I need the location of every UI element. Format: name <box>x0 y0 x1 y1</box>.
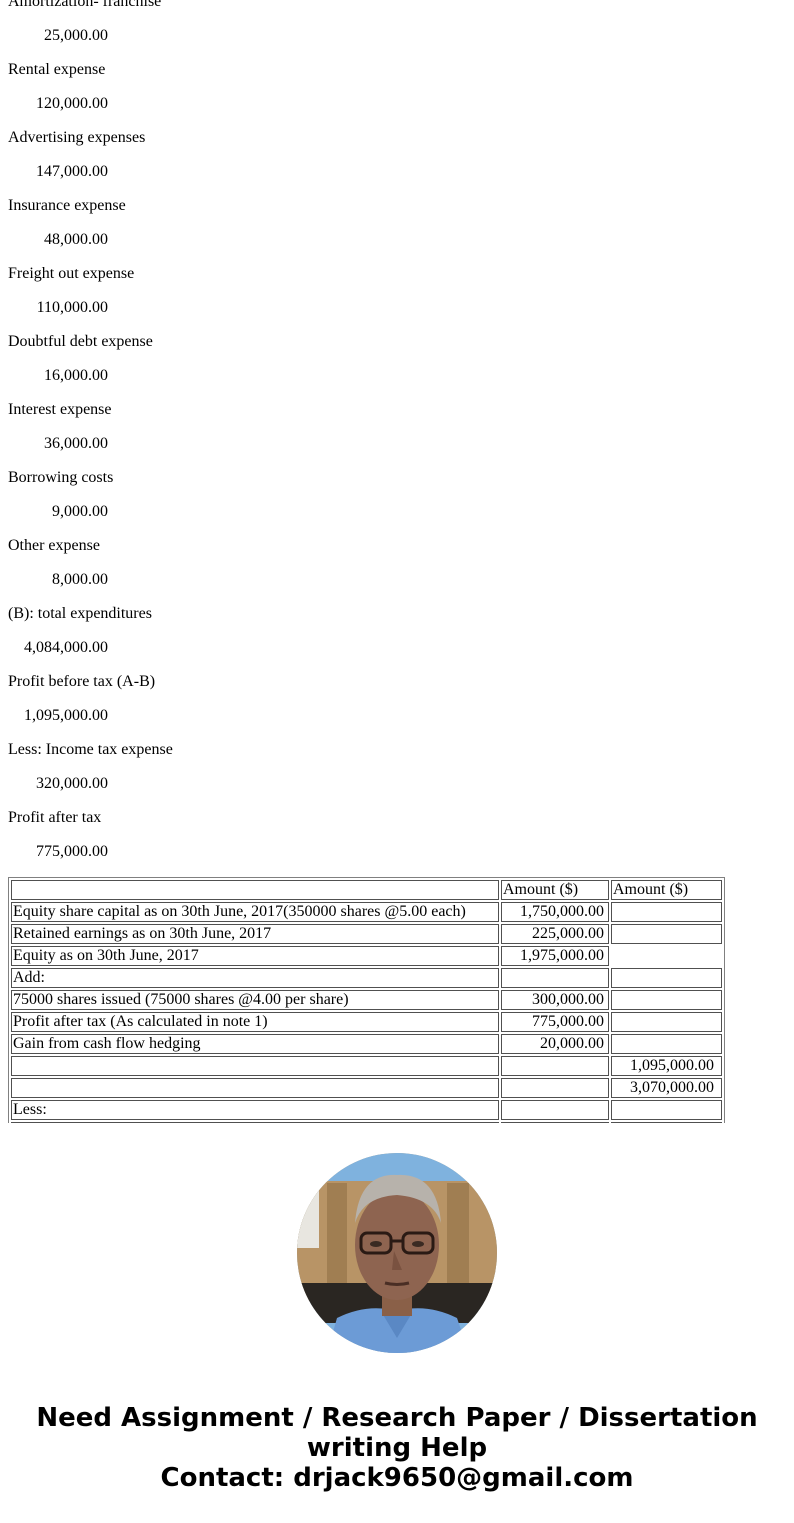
table-cell-amount: 3,070,000.00 <box>611 1078 722 1098</box>
table-cell-amount: 20,000.00 <box>501 1034 609 1054</box>
promo-line-2: writing Help <box>0 1433 794 1463</box>
table-cell-description: Add: <box>11 968 499 988</box>
table-cell-amount: 300,000.00 <box>501 990 609 1010</box>
table-cell-description: 75000 shares issued (75000 shares @4.00 … <box>11 990 499 1010</box>
table-cell-description: Retained earnings as on 30th June, 2017 <box>11 924 499 944</box>
table-cell-amount <box>501 1056 609 1076</box>
table-cell-description: Less: <box>11 1100 499 1120</box>
table-cell-amount <box>611 1034 722 1054</box>
table-cell-amount: 775,000.00 <box>501 1012 609 1032</box>
table-cell-description <box>11 1078 499 1098</box>
table-cell-description: Gain from cash flow hedging <box>11 1034 499 1054</box>
table-row: Equity as on 30th June, 20171,975,000.00 <box>11 946 722 966</box>
table-cell-amount <box>501 1100 609 1120</box>
table-cell-amount <box>501 1122 609 1123</box>
table-row: 3,070,000.00 <box>11 1078 722 1098</box>
table-cell-amount: 225,000.00 <box>501 924 609 944</box>
table-cell-amount <box>611 990 722 1010</box>
table-header-cell: Amount ($) <box>611 880 722 900</box>
table-row <box>11 1122 722 1123</box>
table-header-cell <box>11 880 499 900</box>
table-row: 1,095,000.00 <box>11 1056 722 1076</box>
table-cell-amount <box>611 946 722 966</box>
table-header-row: Amount ($) Amount ($) <box>11 880 722 900</box>
table-cell-description <box>11 1056 499 1076</box>
table-cell-amount: 1,750,000.00 <box>501 902 609 922</box>
table-row: Add: <box>11 968 722 988</box>
table-cell-amount <box>611 924 722 944</box>
table-cell-amount <box>611 902 722 922</box>
table-row: Less: <box>11 1100 722 1120</box>
table-cell-amount: 1,975,000.00 <box>501 946 609 966</box>
promo-line-1: Need Assignment / Research Paper / Disse… <box>0 1403 794 1433</box>
table-cell-amount <box>611 1100 722 1120</box>
table-cell-amount: 1,095,000.00 <box>611 1056 722 1076</box>
author-photo <box>297 1153 497 1353</box>
table-cell-amount <box>611 1012 722 1032</box>
equity-table-viewport: Amount ($) Amount ($) Equity share capit… <box>0 0 794 1123</box>
promo-banner: Need Assignment / Research Paper / Disse… <box>0 1403 794 1493</box>
author-photo-icon <box>297 1153 497 1353</box>
table-row: Profit after tax (As calculated in note … <box>11 1012 722 1032</box>
contact-email[interactable]: Contact: drjack9650@gmail.com <box>0 1463 794 1493</box>
table-cell-description: Equity as on 30th June, 2017 <box>11 946 499 966</box>
table-header-cell: Amount ($) <box>501 880 609 900</box>
table-cell-amount <box>501 968 609 988</box>
equity-table: Amount ($) Amount ($) Equity share capit… <box>8 877 725 1123</box>
table-row: Gain from cash flow hedging20,000.00 <box>11 1034 722 1054</box>
table-row: Equity share capital as on 30th June, 20… <box>11 902 722 922</box>
table-cell-amount <box>611 1122 722 1123</box>
table-cell-amount <box>501 1078 609 1098</box>
table-cell-description: Equity share capital as on 30th June, 20… <box>11 902 499 922</box>
table-cell-description: Profit after tax (As calculated in note … <box>11 1012 499 1032</box>
table-cell-amount <box>611 968 722 988</box>
table-row: Retained earnings as on 30th June, 20172… <box>11 924 722 944</box>
table-cell-description <box>11 1122 499 1123</box>
table-row: 75000 shares issued (75000 shares @4.00 … <box>11 990 722 1010</box>
